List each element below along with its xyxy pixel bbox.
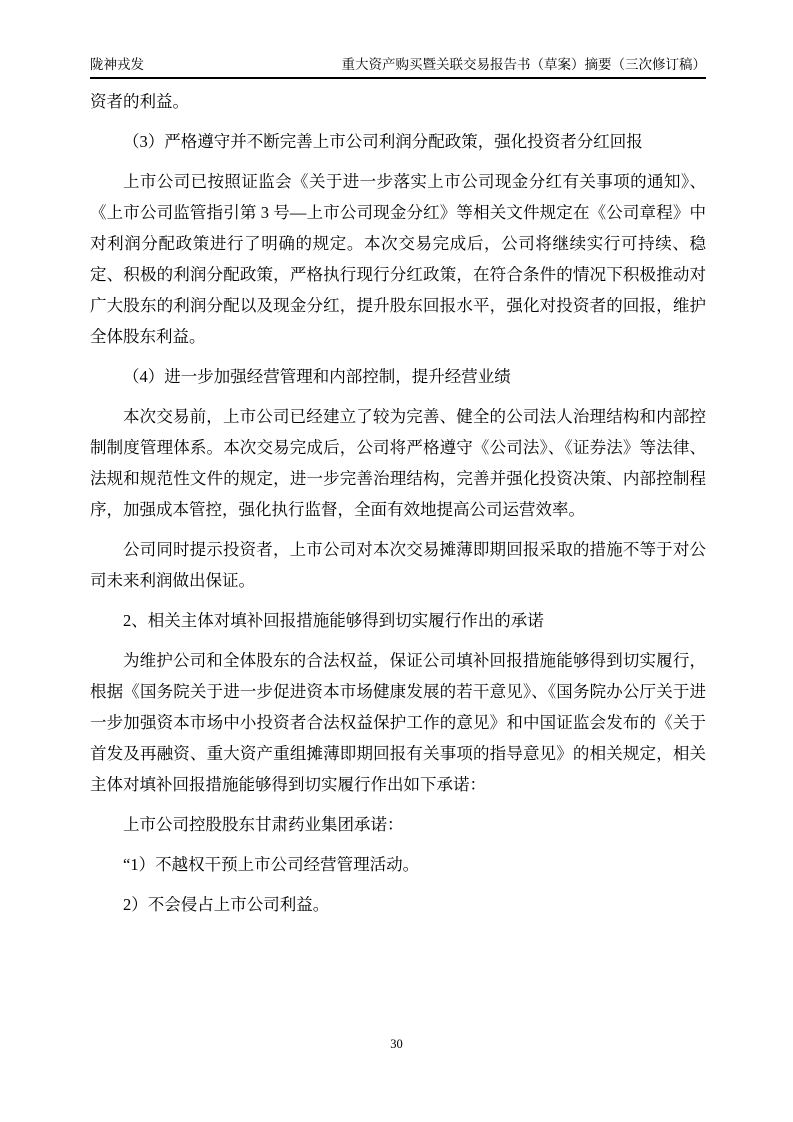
document-body: 资者的利益。 （3）严格遵守并不断完善上市公司利润分配政策，强化投资者分红回报 … <box>90 86 706 929</box>
section-heading-2-commitments: 2、相关主体对填补回报措施能够得到切实履行作出的承诺 <box>90 605 706 636</box>
document-page: 陇神戎发 重大资产购买暨关联交易报告书（草案）摘要（三次修订稿） 资者的利益。 … <box>0 0 793 1122</box>
paragraph-commitment-item-2: 2）不会侵占上市公司利益。 <box>90 889 706 920</box>
paragraph-investor-notice: 公司同时提示投资者，上市公司对本次交易摊薄即期回报采取的措施不等于对公司未来利润… <box>90 534 706 596</box>
paragraph-commitment-basis: 为维护公司和全体股东的合法权益，保证公司填补回报措施能够得到切实履行，根据《国务… <box>90 645 706 800</box>
paragraph-governance-detail: 本次交易前，上市公司已经建立了较为完善、健全的公司法人治理结构和内部控制制度管理… <box>90 401 706 525</box>
paragraph-commitment-item-1: “1）不越权干预上市公司经营管理活动。 <box>90 849 706 880</box>
page-footer: 30 <box>0 1036 793 1052</box>
paragraph-dividend-policy-detail: 上市公司已按照证监会《关于进一步落实上市公司现金分红有关事项的通知》、《上市公司… <box>90 166 706 352</box>
header-document-title: 重大资产购买暨关联交易报告书（草案）摘要（三次修订稿） <box>342 56 707 73</box>
page-header: 陇神戎发 重大资产购买暨关联交易报告书（草案）摘要（三次修订稿） <box>90 56 706 79</box>
header-company-name: 陇神戎发 <box>90 56 144 73</box>
paragraph-continuation: 资者的利益。 <box>90 86 706 117</box>
section-heading-3-dividend-policy: （3）严格遵守并不断完善上市公司利润分配政策，强化投资者分红回报 <box>90 126 706 157</box>
paragraph-controlling-shareholder-commitment: 上市公司控股股东甘肃药业集团承诺： <box>90 809 706 840</box>
page-number: 30 <box>390 1037 403 1051</box>
section-heading-4-management-control: （4）进一步加强经营管理和内部控制，提升经营业绩 <box>90 361 706 392</box>
